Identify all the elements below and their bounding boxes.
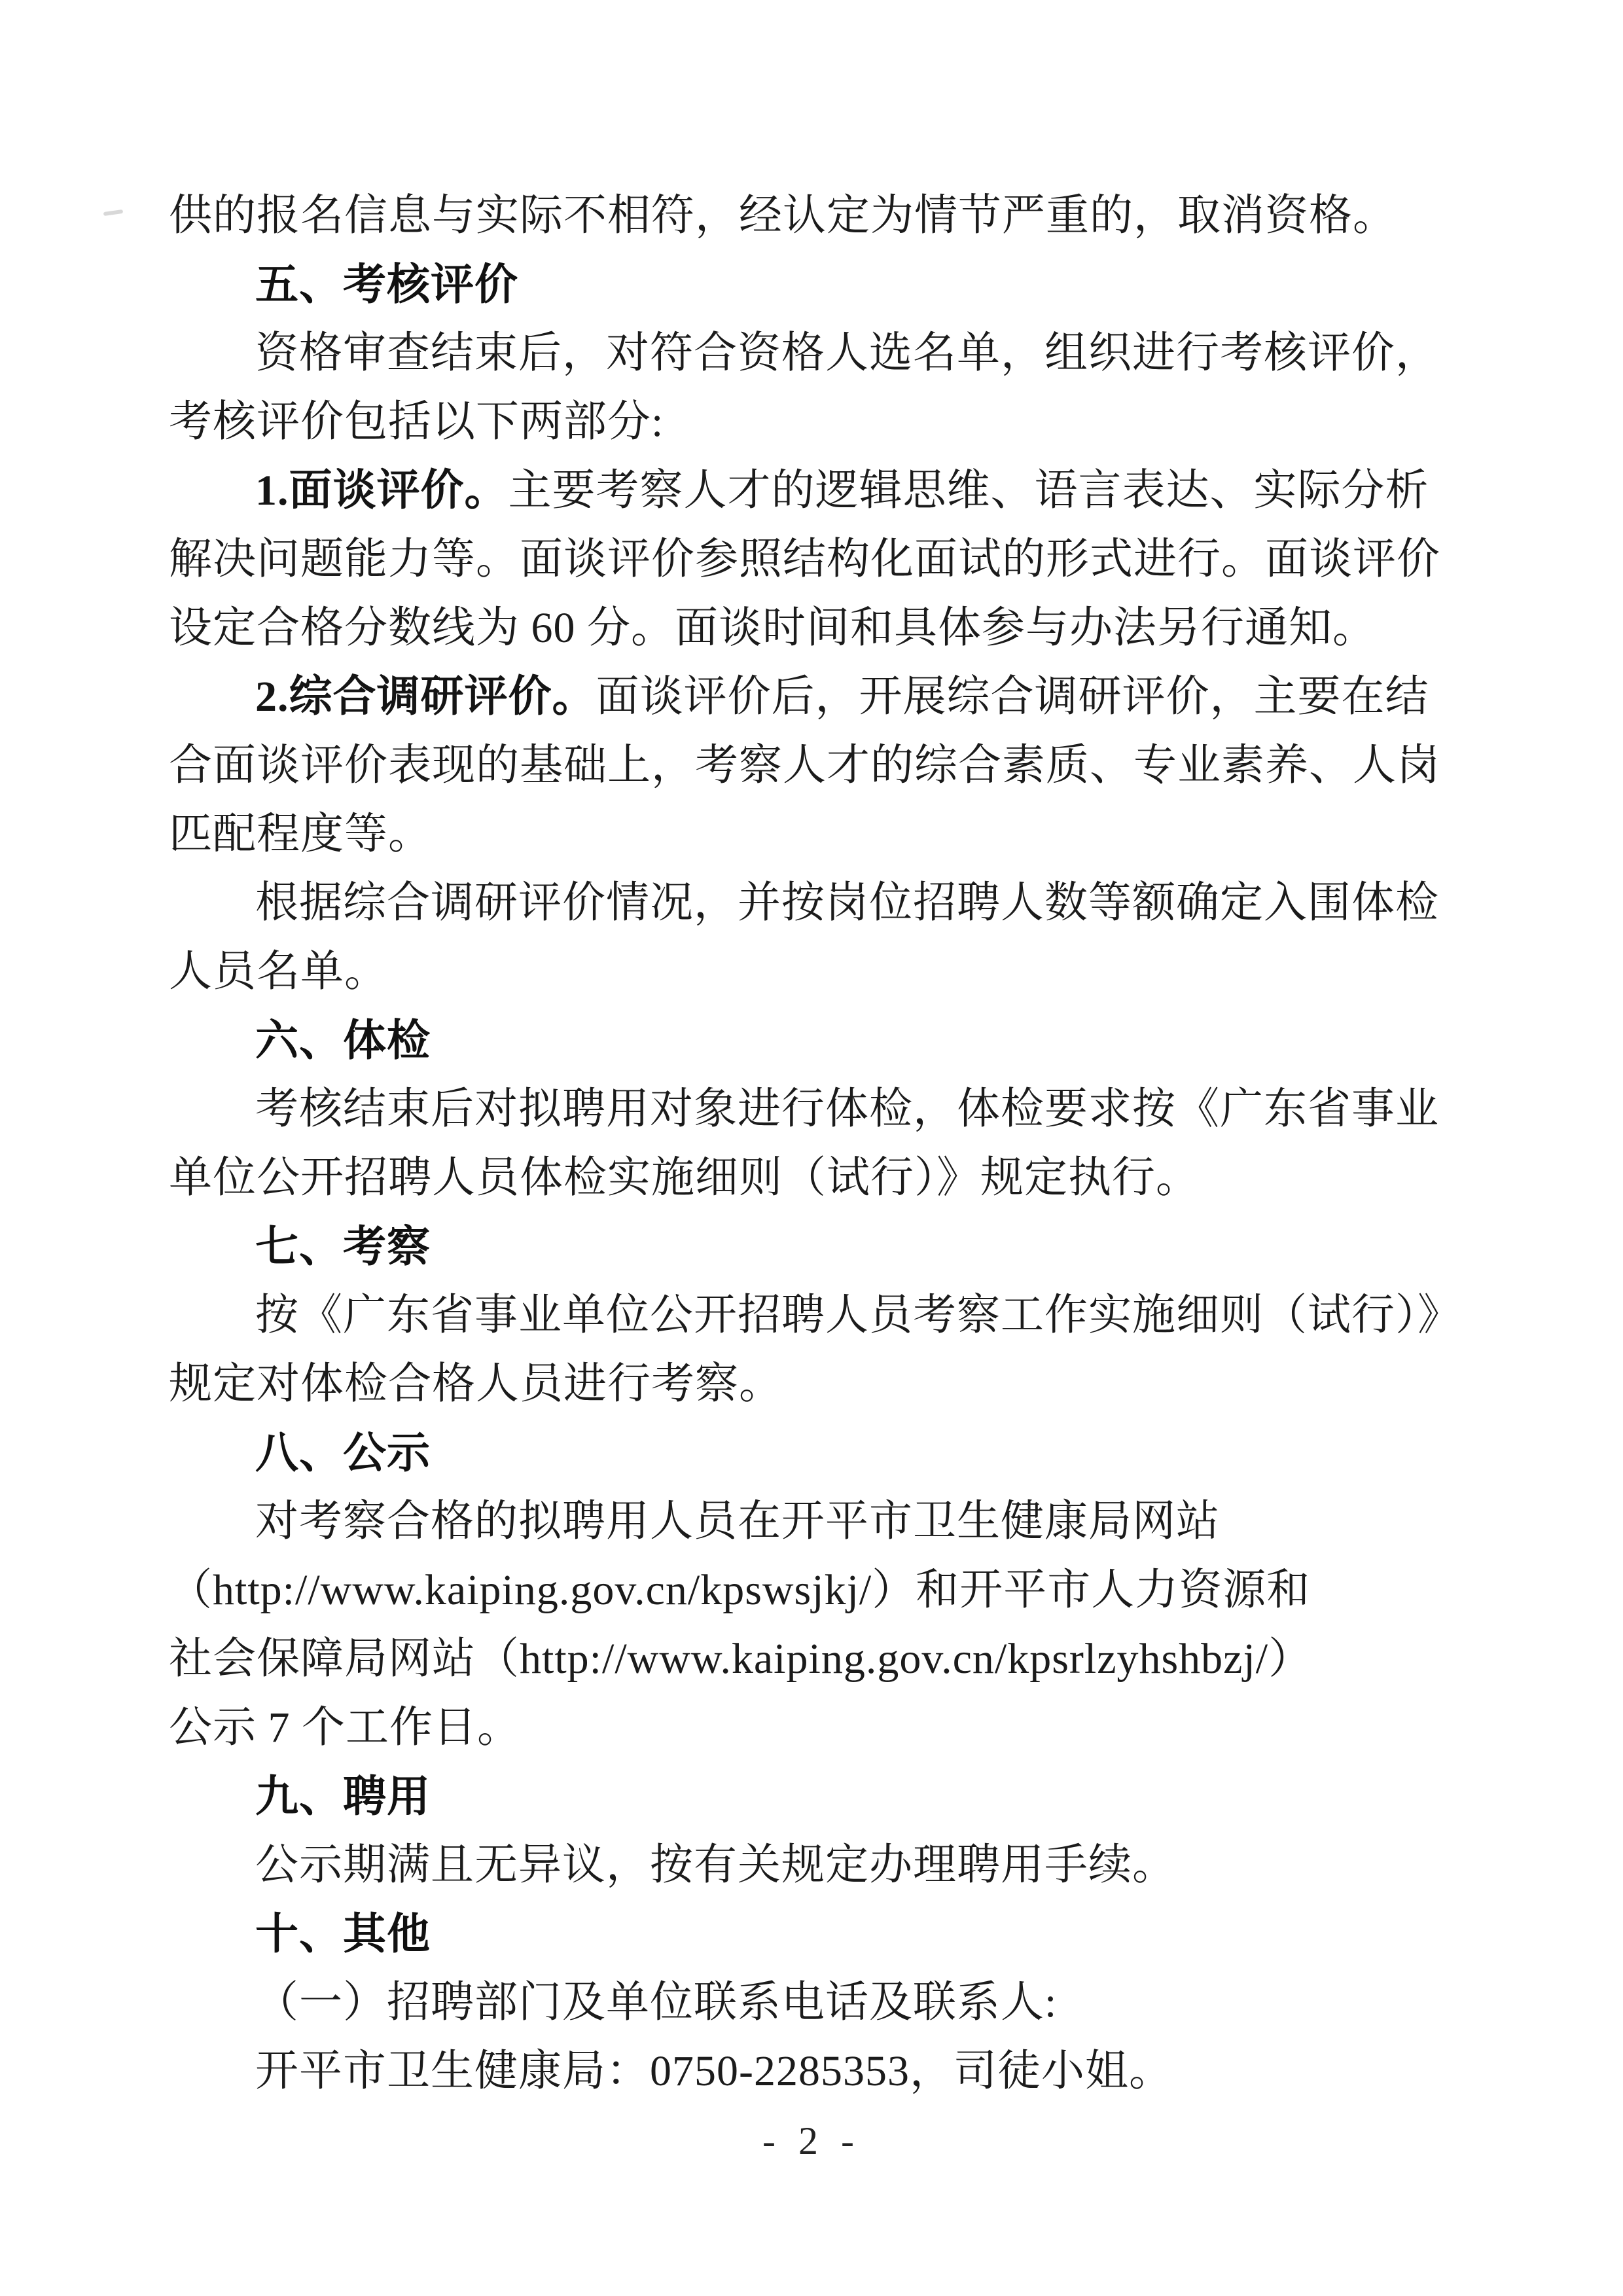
body-text: 合面谈评价表现的基础上，考察人才的综合素质、专业素养、人岗 — [169, 742, 1440, 789]
doc-line: 公示期满且无异议，按有关规定办理聘用手续。 — [169, 1831, 1406, 1899]
body-text: 主要考察人才的逻辑思维、语言表达、实际分析 — [508, 467, 1429, 514]
body-text: 供的报名信息与实际不相符，经认定为情节严重的，取消资格。 — [169, 192, 1397, 240]
doc-line: 单位公开招聘人员体检实施细则（试行）》规定执行。 — [169, 1143, 1406, 1212]
body-text: 按《广东省事业单位公开招聘人员考察工作实施细则（试行）》 — [255, 1291, 1461, 1339]
body-text: 规定对体检合格人员进行考察。 — [169, 1360, 783, 1408]
body-text: 解决问题能力等。面谈评价参照结构化面试的形式进行。面谈评价 — [169, 535, 1440, 583]
page-number: - 2 - — [0, 2119, 1623, 2164]
body-text: 社会保障局网站（http://www.kaiping.gov.cn/kpsrlz… — [169, 1635, 1312, 1683]
bold-lead-text: 1.面谈评价。 — [255, 467, 508, 514]
doc-line: （一）招聘部门及单位联系电话及联系人: — [169, 1968, 1406, 2037]
doc-line: 开平市卫生健康局：0750-2285353，司徒小姐。 — [169, 2037, 1406, 2106]
body-text: 资格审查结束后，对符合资格人选名单，组织进行考核评价， — [255, 329, 1439, 377]
heading-text: 五、考核评价 — [255, 260, 518, 308]
doc-line: 供的报名信息与实际不相符，经认定为情节严重的，取消资格。 — [169, 181, 1406, 250]
doc-line: 公示 7 个工作日。 — [169, 1693, 1406, 1762]
doc-line: 社会保障局网站（http://www.kaiping.gov.cn/kpsrlz… — [169, 1624, 1406, 1693]
doc-line: 解决问题能力等。面谈评价参照结构化面试的形式进行。面谈评价 — [169, 525, 1406, 594]
heading-text: 九、聘用 — [255, 1772, 431, 1820]
body-text: （一）招聘部门及单位联系电话及联系人: — [255, 1979, 1057, 2026]
doc-line: 根据综合调研评价情况，并按岗位招聘人数等额确定入围体检 — [169, 869, 1406, 937]
doc-line: 考核评价包括以下两部分: — [169, 387, 1406, 456]
doc-line: 考核结束后对拟聘用对象进行体检，体检要求按《广东省事业 — [169, 1075, 1406, 1143]
scan-artifact — [103, 209, 124, 216]
doc-line: 合面谈评价表现的基础上，考察人才的综合素质、专业素养、人岗 — [169, 731, 1406, 800]
body-text: 匹配程度等。 — [169, 810, 432, 858]
body-text: 开平市卫生健康局：0750-2285353，司徒小姐。 — [255, 2047, 1173, 2095]
body-text: 面谈评价后，开展综合调研评价，主要在结 — [596, 673, 1429, 721]
doc-line: 人员名单。 — [169, 937, 1406, 1006]
bold-lead-text: 2.综合调研评价。 — [255, 673, 596, 721]
section-heading: 六、体检 — [169, 1006, 1406, 1075]
body-text: 设定合格分数线为 60 分。面谈时间和具体参与办法另行通知。 — [169, 604, 1376, 652]
doc-line: 2.综合调研评价。面谈评价后，开展综合调研评价，主要在结 — [169, 662, 1406, 731]
body-text: （http://www.kaiping.gov.cn/kpswsjkj/）和开平… — [169, 1566, 1310, 1614]
body-text: 对考察合格的拟聘用人员在开平市卫生健康局网站 — [255, 1498, 1220, 1545]
document-body: 供的报名信息与实际不相符，经认定为情节严重的，取消资格。五、考核评价资格审查结束… — [169, 181, 1406, 2106]
doc-line: 设定合格分数线为 60 分。面谈时间和具体参与办法另行通知。 — [169, 594, 1406, 662]
section-heading: 十、其他 — [169, 1899, 1406, 1968]
doc-line: 按《广东省事业单位公开招聘人员考察工作实施细则（试行）》 — [169, 1281, 1406, 1350]
doc-line: 匹配程度等。 — [169, 800, 1406, 869]
doc-line: 对考察合格的拟聘用人员在开平市卫生健康局网站 — [169, 1487, 1406, 1556]
heading-text: 八、公示 — [255, 1428, 431, 1477]
heading-text: 七、考察 — [255, 1222, 431, 1270]
doc-line: 资格审查结束后，对符合资格人选名单，组织进行考核评价， — [169, 319, 1406, 387]
body-text: 考核评价包括以下两部分: — [169, 398, 664, 446]
document-page: 供的报名信息与实际不相符，经认定为情节严重的，取消资格。五、考核评价资格审查结束… — [0, 0, 1623, 2296]
heading-text: 六、体检 — [255, 1016, 431, 1064]
section-heading: 七、考察 — [169, 1212, 1406, 1281]
section-heading: 五、考核评价 — [169, 250, 1406, 319]
section-heading: 九、聘用 — [169, 1762, 1406, 1831]
body-text: 公示期满且无异议，按有关规定办理聘用手续。 — [255, 1841, 1176, 1889]
section-heading: 八、公示 — [169, 1418, 1406, 1487]
heading-text: 十、其他 — [255, 1909, 431, 1958]
doc-line: 规定对体检合格人员进行考察。 — [169, 1350, 1406, 1418]
doc-line: （http://www.kaiping.gov.cn/kpswsjkj/）和开平… — [169, 1556, 1406, 1624]
body-text: 考核结束后对拟聘用对象进行体检，体检要求按《广东省事业 — [255, 1085, 1439, 1133]
doc-line: 1.面谈评价。主要考察人才的逻辑思维、语言表达、实际分析 — [169, 456, 1406, 525]
body-text: 公示 7 个工作日。 — [169, 1704, 521, 1751]
body-text: 单位公开招聘人员体检实施细则（试行）》规定执行。 — [169, 1154, 1200, 1202]
body-text: 人员名单。 — [169, 948, 388, 996]
body-text: 根据综合调研评价情况，并按岗位招聘人数等额确定入围体检 — [255, 879, 1439, 927]
